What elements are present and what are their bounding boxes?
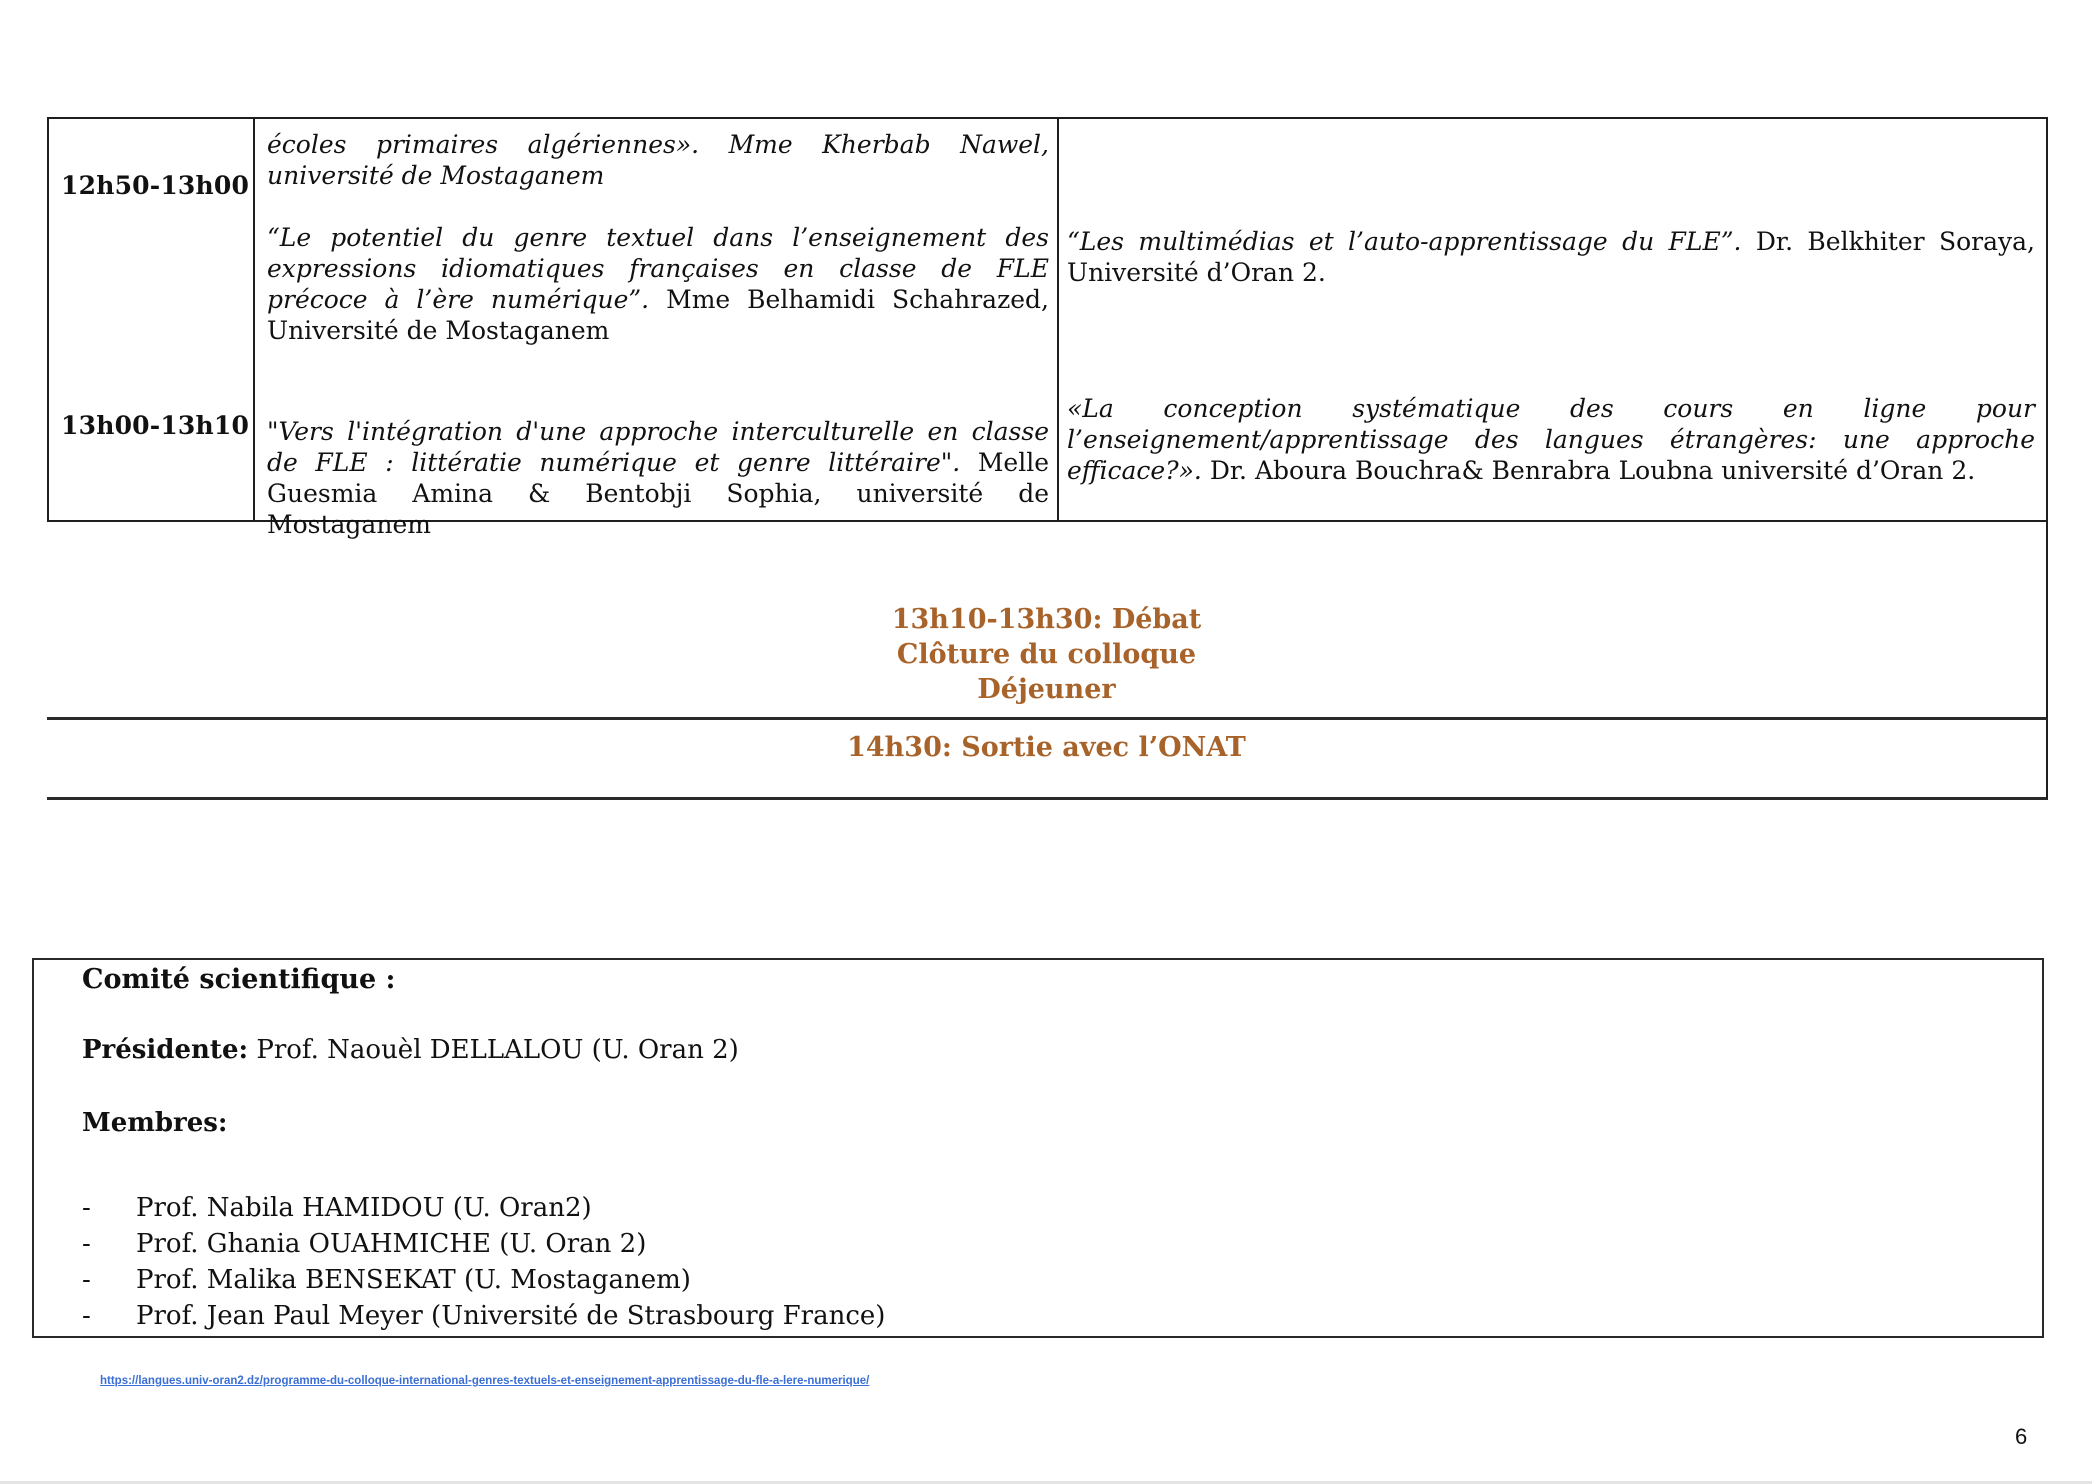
member-item: -Prof. Jean Paul Meyer (Université de St… — [82, 1298, 885, 1334]
president-line: Présidente: Prof. Naouèl DELLALOU (U. Or… — [82, 1032, 739, 1068]
members-list: -Prof. Nabila HAMIDOU (U. Oran2) -Prof. … — [82, 1190, 885, 1334]
talk-title: “Les multimédias et l’auto-apprentissage… — [1067, 227, 1741, 256]
bullet-dash-icon: - — [82, 1226, 91, 1262]
members-heading: Membres: — [82, 1108, 228, 1138]
page-number: 6 — [2015, 1424, 2027, 1450]
president-name: Prof. Naouèl DELLALOU (U. Oran 2) — [256, 1035, 738, 1065]
outing-line: 14h30: Sortie avec l’ONAT — [47, 730, 2046, 765]
closing-session: 13h10-13h30: Débat Clôture du colloque D… — [47, 520, 2048, 720]
talk-entry: “Les multimédias et l’auto-apprentissage… — [1067, 226, 2035, 288]
time-slot: 13h00-13h10 — [61, 411, 251, 440]
member-name: Prof. Jean Paul Meyer (Université de Str… — [136, 1301, 885, 1331]
member-name: Prof. Malika BENSEKAT (U. Mostaganem) — [136, 1265, 691, 1295]
members-label: Membres: — [82, 1105, 228, 1141]
scientific-committee-box: Comité scientifique : Présidente: Prof. … — [32, 958, 2044, 1338]
column-divider — [1057, 119, 1059, 520]
lunch-line: Déjeuner — [47, 672, 2046, 707]
committee-heading: Comité scientifique : — [82, 960, 396, 1000]
closing-lines: 13h10-13h30: Débat Clôture du colloque D… — [47, 602, 2046, 707]
talk-author: Dr. Aboura Bouchra& Benrabra Loubna univ… — [1210, 456, 1975, 485]
talk-title: écoles primaires algériennes». — [267, 130, 699, 159]
member-item: -Prof. Ghania OUAHMICHE (U. Oran 2) — [82, 1226, 885, 1262]
talk-entry: «La conception systématique des cours en… — [1067, 393, 2035, 486]
debate-line: 13h10-13h30: Débat — [47, 602, 2046, 637]
bullet-dash-icon: - — [82, 1298, 91, 1334]
talk-entry: “Le potentiel du genre textuel dans l’en… — [267, 222, 1049, 346]
president-label: Présidente: — [82, 1035, 248, 1065]
bullet-dash-icon: - — [82, 1262, 91, 1298]
source-url-link[interactable]: https://langues.univ-oran2.dz/programme-… — [100, 1375, 869, 1387]
time-slot: 12h50-13h00 — [61, 171, 251, 200]
bullet-dash-icon: - — [82, 1190, 91, 1226]
member-item: -Prof. Nabila HAMIDOU (U. Oran2) — [82, 1190, 885, 1226]
column-divider — [253, 119, 255, 520]
member-name: Prof. Ghania OUAHMICHE (U. Oran 2) — [136, 1229, 646, 1259]
outing-row: 14h30: Sortie avec l’ONAT — [47, 720, 2048, 800]
talk-title: "Vers l'intégration d'une approche inter… — [267, 417, 1049, 477]
closure-line: Clôture du colloque — [47, 637, 2046, 672]
program-table: 12h50-13h00 écoles primaires algériennes… — [47, 117, 2048, 522]
member-item: -Prof. Malika BENSEKAT (U. Mostaganem) — [82, 1262, 885, 1298]
talk-entry: écoles primaires algériennes». Mme Kherb… — [267, 129, 1049, 191]
member-name: Prof. Nabila HAMIDOU (U. Oran2) — [136, 1193, 592, 1223]
